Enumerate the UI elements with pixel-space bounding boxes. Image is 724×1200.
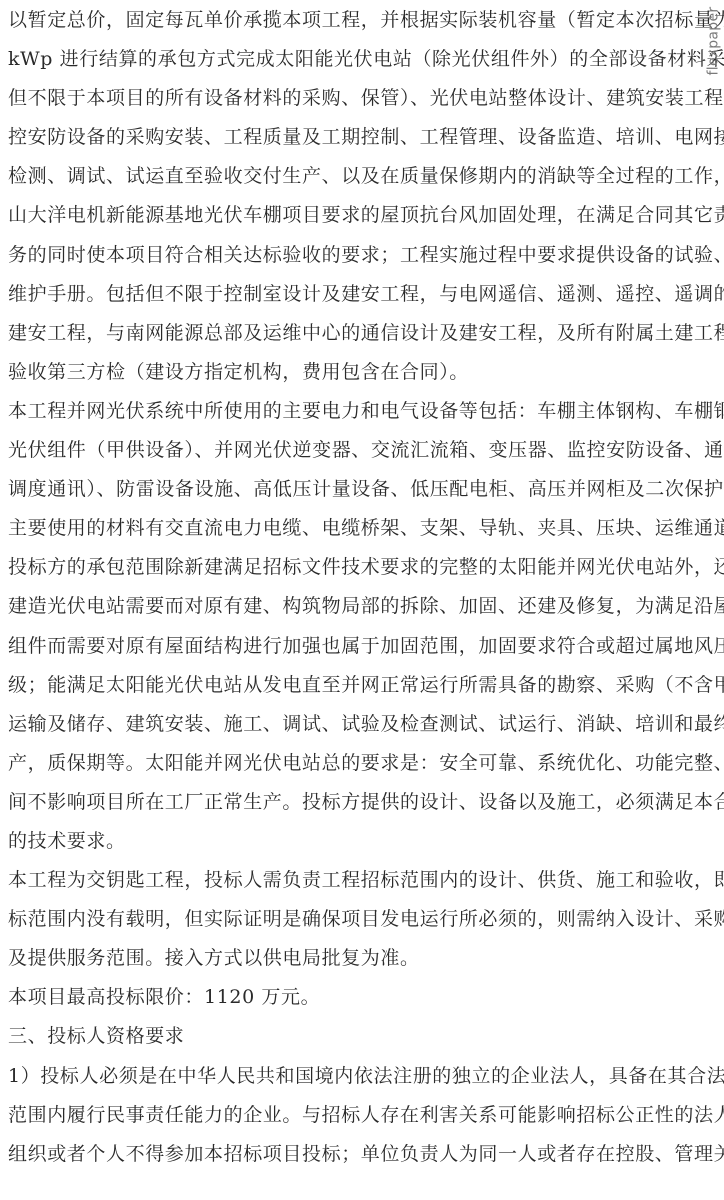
text-line: 组织或者个人不得参加本招标项目投标；单位负责人为同一人或者存在控股、管理关系的不 <box>8 1142 704 1181</box>
watermark-text: flexpaper <box>705 7 721 76</box>
text-line: 维护手册。包括但不限于控制室设计及建安工程，与电网遥信、遥测、遥控、遥调的设计及 <box>8 282 704 321</box>
text-line: 本项目最高投标限价：1120 万元。 <box>8 985 708 1024</box>
text-line: 验收第三方检（建设方指定机构，费用包含在合同）。 <box>8 360 708 399</box>
text-line: 务的同时使本项目符合相关达标验收的要求；工程实施过程中要求提供设备的试验、运行、 <box>8 243 704 282</box>
text-line: 山大洋电机新能源基地光伏车棚项目要求的屋顶抗台风加固处理，在满足合同其它责任和义 <box>8 203 704 242</box>
text-line: 投标方的承包范围除新建满足招标文件技术要求的完整的太阳能并网光伏电站外，还包括因 <box>8 555 704 594</box>
text-line: 控安防设备的采购安装、工程质量及工期控制、工程管理、设备监造、培训、电网接入系统 <box>8 125 704 164</box>
text-line: 范围内履行民事责任能力的企业。与招标人存在利害关系可能影响招标公正性的法人、其他 <box>8 1103 704 1142</box>
document-page: 以暂定总价，固定每瓦单价承揽本项工程，并根据实际装机容量（暂定本次招标量为 36… <box>8 8 708 1181</box>
text-line: 级；能满足太阳能光伏电站从发电直至并网正常运行所需具备的勘察、采购（不含甲供设备… <box>8 673 704 712</box>
text-line: 的技术要求。 <box>8 829 708 868</box>
text-line: 及提供服务范围。接入方式以供电局批复为准。 <box>8 946 708 985</box>
text-line: 1）投标人必须是在中华人民共和国境内依法注册的独立的企业法人，具备在其合法的营业 <box>8 1064 704 1103</box>
text-line: 光伏组件（甲供设备）、并网光伏逆变器、交流汇流箱、变压器、监控安防设备、通讯设备… <box>8 438 704 477</box>
text-line: 本工程为交钥匙工程，投标人需负责工程招标范围内的设计、供货、施工和验收，即便在招 <box>8 868 704 907</box>
text-line: 间不影响项目所在工厂正常生产。投标方提供的设计、设备以及施工，必须满足本合同规定 <box>8 790 704 829</box>
text-line: 三、投标人资格要求 <box>8 1024 708 1063</box>
text-line: 标范围内没有载明，但实际证明是确保项目发电运行所必须的，则需纳入设计、采购、安装 <box>8 907 704 946</box>
text-line: 产，质保期等。太阳能并网光伏电站总的要求是：安全可靠、系统优化、功能完整、建设期 <box>8 751 704 790</box>
text-line: 建造光伏电站需要而对原有建、构筑物局部的拆除、加固、还建及修复，为满足沿屋面平铺 <box>8 594 704 633</box>
text-line: 但不限于本项目的所有设备材料的采购、保管）、光伏电站整体设计、建筑安装工程施工、… <box>8 86 704 125</box>
text-line: 运输及储存、建筑安装、施工、调试、试验及检查测试、试运行、消缺、培训和最终交付投 <box>8 712 704 751</box>
text-line: 检测、调试、试运直至验收交付生产、以及在质量保修期内的消缺等全过程的工作，符合中 <box>8 164 704 203</box>
text-line: 调度通讯）、防雷设备设施、高低压计量设备、低压配电柜、高压并网柜及二次保护设备等… <box>8 477 704 516</box>
text-line: 组件而需要对原有屋面结构进行加强也属于加固范围，加固要求符合或超过属地风压系数等 <box>8 634 704 673</box>
text-line: 本工程并网光伏系统中所使用的主要电力和电气设备等包括：车棚主体钢构、车棚钢构基础… <box>8 399 704 438</box>
text-line: 建安工程，与南网能源总部及运维中心的通信设计及建安工程，及所有附属土建工程、竣工 <box>8 321 704 360</box>
text-line: kWp 进行结算的承包方式完成太阳能光伏电站（除光伏组件外）的全部设备材料采购供… <box>8 47 704 86</box>
text-line: 以暂定总价，固定每瓦单价承揽本项工程，并根据实际装机容量（暂定本次招标量为 36… <box>8 8 704 47</box>
text-line: 主要使用的材料有交直流电力电缆、电缆桥架、支架、导轨、夹具、压块、运维通道等。 <box>8 516 704 555</box>
flexpaper-watermark: flexpaper <box>702 6 724 76</box>
